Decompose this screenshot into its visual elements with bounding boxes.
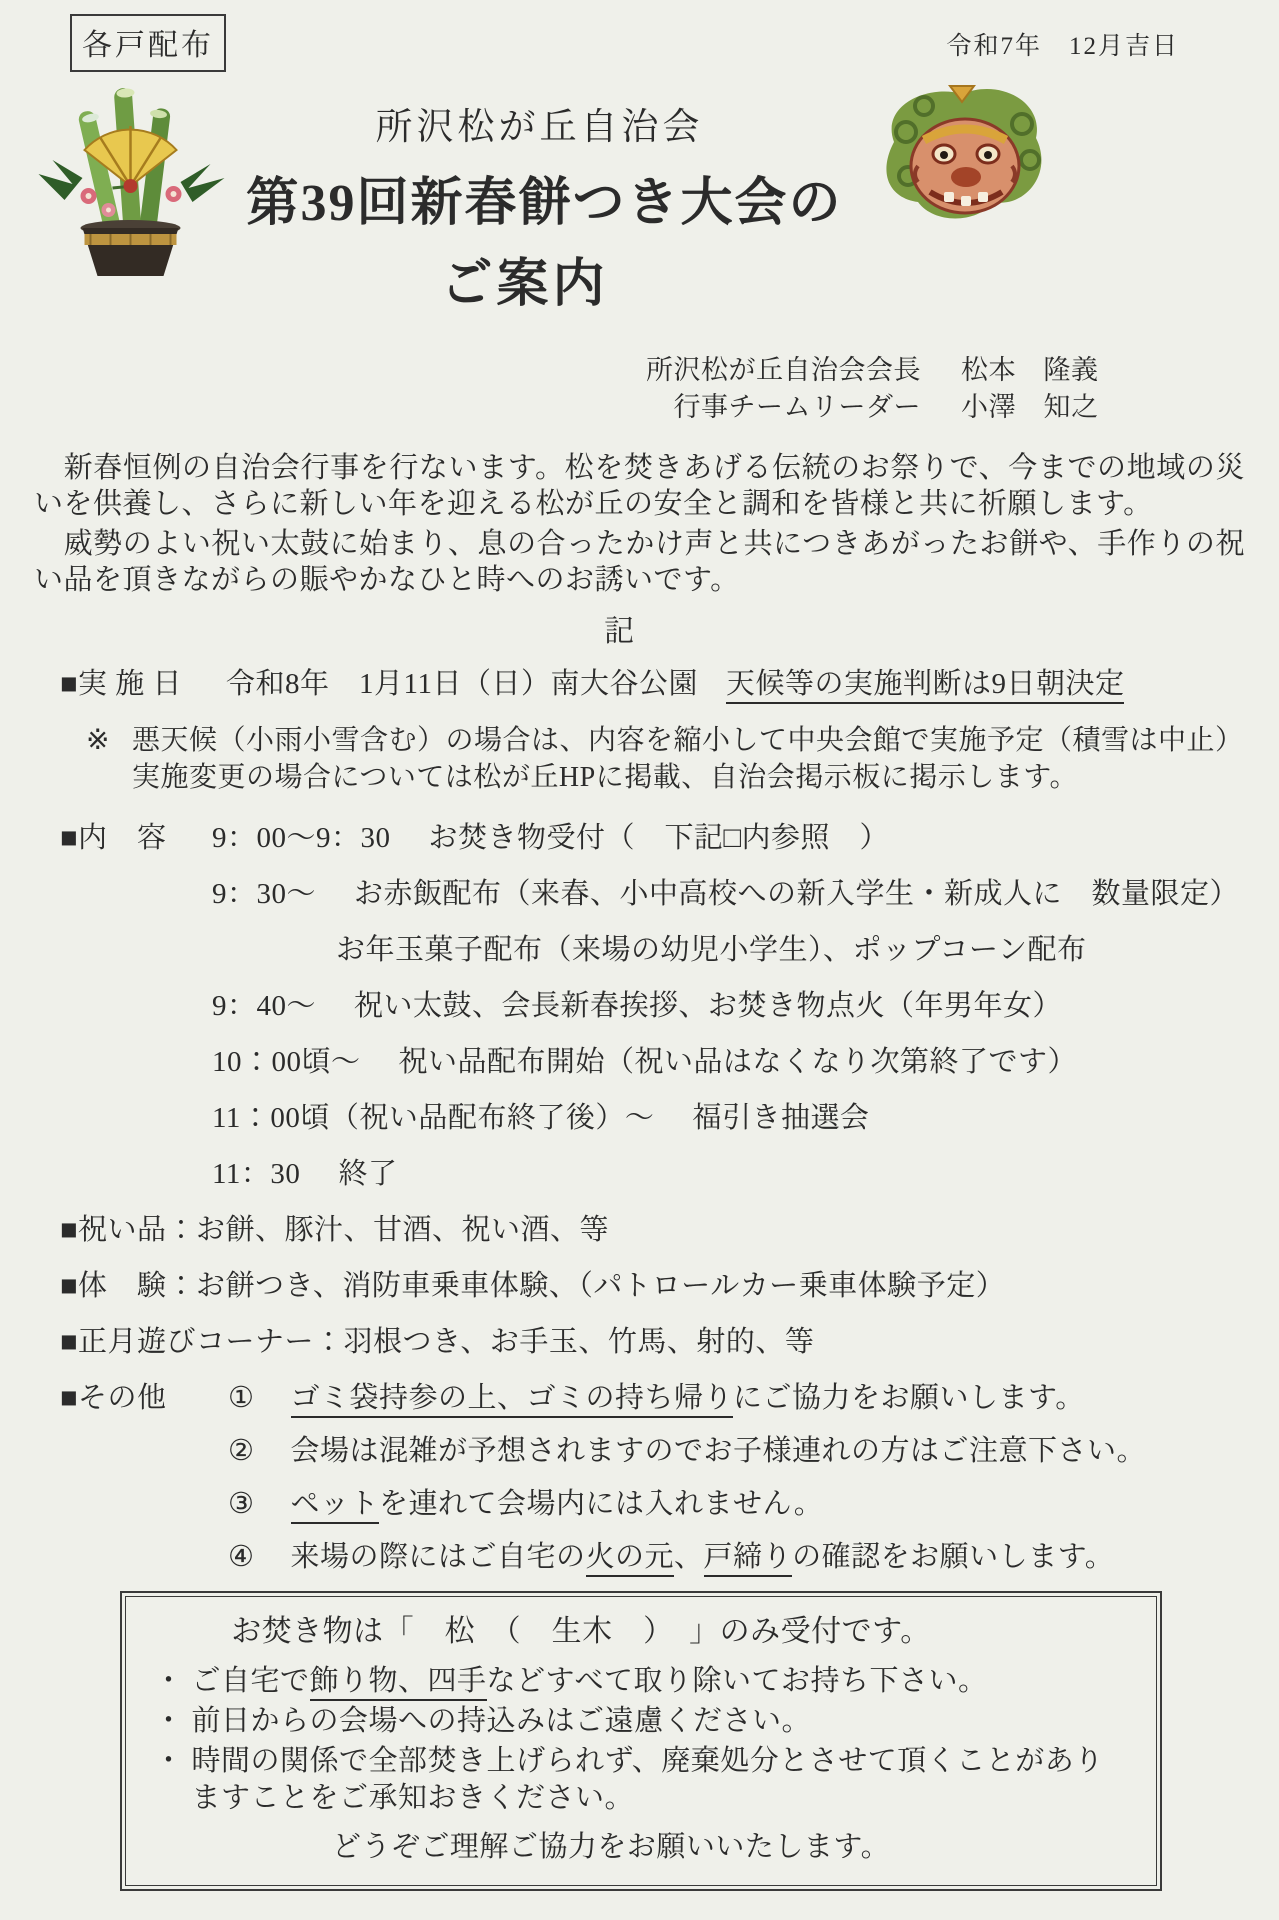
event-date-note-underlined: 天候等の実施判断は9日朝決定	[726, 668, 1125, 704]
kome-mark: ※	[86, 722, 110, 796]
flyer-page: 各戸配布 令和7年 12月吉日	[0, 0, 1279, 1920]
schedule-rows: 9：00～9：30 お焚き物受付（ 下記□内参照 ） 9：30～ お赤飯配布（来…	[212, 818, 1279, 1194]
official-line: 行事チームリーダー 小澤 知之	[646, 389, 1133, 426]
official-role: 行事チームリーダー	[674, 389, 922, 426]
schedule-time: 11：00頃（祝い品配布終了後）～	[212, 1098, 654, 1138]
notice-closing: どうぞご理解ご協力をお願いいたします。	[154, 1827, 1128, 1867]
others-section: ■その他 ① ゴミ袋持参の上、ゴミの持ち帰りにご協力をお願いします。 ② 会場は…	[0, 1378, 1279, 1577]
bullet-text: 前日からの会場への持込みはご遠慮ください。	[192, 1703, 812, 1740]
bullet-mark: ・	[154, 1663, 184, 1700]
item-text: ゴミ袋持参の上、ゴミの持ち帰りにご協力をお願いします。	[291, 1378, 1085, 1418]
schedule-text: お年玉菓子配布（来場の幼児小学生）、ポップコーン配布	[336, 930, 1086, 970]
schedule-row: お年玉菓子配布（来場の幼児小学生）、ポップコーン配布	[298, 930, 1279, 970]
event-date-text: 令和8年 1月11日（日）南大谷公園	[226, 668, 698, 700]
weather-note-line2: 実施変更の場合については松が丘HPに掲載、自治会掲示板に掲示します。	[132, 759, 1244, 796]
official-name: 小澤 知之	[961, 389, 1133, 426]
schedule-row: 9：30～ お赤飯配布（来春、小中高校への新入学生・新成人に 数量限定）	[212, 874, 1279, 914]
schedule-time: 11：30	[212, 1154, 300, 1194]
issue-date: 令和7年 12月吉日	[946, 26, 1179, 62]
schedule-label: ■内 容	[60, 818, 167, 858]
intro-block: 新春恒例の自治会行事を行ないます。松を焚きあげる伝統のお祭りで、今までの地域の災…	[0, 440, 1279, 598]
notice-bullet: ・ 時間の関係で全部焚き上げられず、廃棄処分とさせて頂くことがありますことをご承…	[154, 1743, 1128, 1817]
flyer-header: 各戸配布 令和7年 12月吉日	[0, 0, 1279, 440]
intro-paragraph: 新春恒例の自治会行事を行ないます。松を焚きあげる伝統のお祭りで、今までの地域の災…	[34, 450, 1245, 522]
schedule-time: 10：00頃～	[212, 1042, 361, 1082]
info-line-experience: ■体 験：お餅つき、消防車乗車体験、（パトロールカー乗車体験予定）	[60, 1266, 1279, 1306]
bullet-text: 時間の関係で全部焚き上げられず、廃棄処分とさせて頂くことがありますことをご承知お…	[192, 1743, 1128, 1817]
page-title: 第39回新春餅つき大会の	[0, 160, 1089, 235]
schedule-text: 福引き抽選会	[692, 1098, 869, 1138]
bullet-mark: ・	[154, 1703, 184, 1740]
other-item: ② 会場は混雑が予想されますのでお子様連れの方はご注意下さい。	[228, 1431, 1279, 1471]
other-item: ① ゴミ袋持参の上、ゴミの持ち帰りにご協力をお願いします。	[228, 1378, 1279, 1418]
info-text: お餅、豚汁、甘酒、祝い酒、等	[196, 1214, 609, 1246]
schedule-row: 9：00～9：30 お焚き物受付（ 下記□内参照 ）	[212, 818, 1279, 858]
title-block: 所沢松が丘自治会 第39回新春餅つき大会の ご案内	[0, 96, 1279, 316]
schedule-text: お赤飯配布（来春、小中高校への新入学生・新成人に 数量限定）	[354, 874, 1239, 914]
event-date-label: ■実 施 日	[60, 668, 182, 700]
weather-note-text: 悪天候（小雨小雪含む）の場合は、内容を縮小して中央会館で実施予定（積雪は中止） …	[132, 722, 1244, 796]
schedule-row: 10：00頃～ 祝い品配布開始（祝い品はなくなり次第終了です）	[212, 1042, 1279, 1082]
schedule-section: ■内 容 9：00～9：30 お焚き物受付（ 下記□内参照 ） 9：30～ お赤…	[0, 818, 1279, 1194]
event-date-line: ■実 施 日令和8年 1月11日（日）南大谷公園天候等の実施判断は9日朝決定	[60, 664, 1279, 704]
item-number: ④	[228, 1537, 255, 1577]
distribution-stamp: 各戸配布	[70, 14, 226, 72]
notice-bullet: ・ 前日からの会場への持込みはご遠慮ください。	[154, 1703, 1128, 1740]
ki-heading: 記	[0, 612, 1279, 652]
schedule-text: 祝い品配布開始（祝い品はなくなり次第終了です）	[399, 1042, 1078, 1082]
weather-note-line1: 悪天候（小雨小雪含む）の場合は、内容を縮小して中央会館で実施予定（積雪は中止）	[132, 722, 1244, 759]
item-number: ①	[228, 1378, 255, 1418]
info-line-gifts: ■祝い品：お餅、豚汁、甘酒、祝い酒、等	[60, 1210, 1279, 1250]
others-label: ■その他	[60, 1378, 167, 1418]
notice-bullet: ・ ご自宅で飾り物、四手などすべて取り除いてお持ち下さい。	[154, 1663, 1128, 1700]
other-items: ① ゴミ袋持参の上、ゴミの持ち帰りにご協力をお願いします。 ② 会場は混雑が予想…	[228, 1378, 1279, 1577]
schedule-time: 9：40～	[212, 986, 316, 1026]
other-item: ③ ペットを連れて会場内には入れません。	[228, 1484, 1279, 1524]
schedule-text: 祝い太鼓、会長新春挨拶、お焚き物点火（年男年女）	[354, 986, 1062, 1026]
official-line: 所沢松が丘自治会会長 松本 隆義	[646, 352, 1133, 389]
schedule-row: 9：40～ 祝い太鼓、会長新春挨拶、お焚き物点火（年男年女）	[212, 986, 1279, 1026]
info-text: お餅つき、消防車乗車体験、（パトロールカー乗車体験予定）	[196, 1270, 1005, 1302]
official-role: 所沢松が丘自治会会長	[646, 352, 921, 389]
official-name: 松本 隆義	[961, 352, 1133, 389]
schedule-row: 11：00頃（祝い品配布終了後）～ 福引き抽選会	[212, 1098, 1279, 1138]
notice-box-inner: お焚き物は「 松 （ 生木 ） 」のみ受付です。 ・ ご自宅で飾り物、四手などす…	[125, 1596, 1157, 1886]
item-text: 会場は混雑が予想されますのでお子様連れの方はご注意下さい。	[291, 1431, 1147, 1471]
organization-title: 所沢松が丘自治会	[0, 96, 1079, 150]
weather-note: ※ 悪天候（小雨小雪含む）の場合は、内容を縮小して中央会館で実施予定（積雪は中止…	[86, 722, 1279, 796]
item-number: ②	[228, 1431, 255, 1471]
bullet-mark: ・	[154, 1743, 184, 1817]
schedule-text: 終了	[338, 1154, 397, 1194]
info-line-games: ■正月遊びコーナー：羽根つき、お手玉、竹馬、射的、等	[60, 1322, 1279, 1362]
item-number: ③	[228, 1484, 255, 1524]
info-label: ■正月遊びコーナー：	[60, 1326, 344, 1358]
item-text: ペットを連れて会場内には入れません。	[291, 1484, 824, 1524]
schedule-text: お焚き物受付（ 下記□内参照 ）	[429, 818, 890, 858]
item-text: 来場の際にはご自宅の火の元、戸締りの確認をお願いします。	[291, 1537, 1115, 1577]
intro-paragraph: 威勢のよい祝い太鼓に始まり、息の合ったかけ声と共につきあがったお餅や、手作りの祝…	[34, 526, 1245, 598]
other-item: ④ 来場の際にはご自宅の火の元、戸締りの確認をお願いします。	[228, 1537, 1279, 1577]
bullet-text: ご自宅で飾り物、四手などすべて取り除いてお持ち下さい。	[192, 1663, 988, 1700]
info-label: ■祝い品：	[60, 1214, 196, 1246]
page-subtitle: ご案内	[0, 241, 1049, 316]
schedule-time: 9：30～	[212, 874, 316, 914]
info-label: ■体 験：	[60, 1270, 196, 1302]
notice-heading: お焚き物は「 松 （ 生木 ） 」のみ受付です。	[154, 1611, 1008, 1653]
info-lines: ■祝い品：お餅、豚汁、甘酒、祝い酒、等 ■体 験：お餅つき、消防車乗車体験、（パ…	[60, 1210, 1279, 1362]
schedule-time: 9：00～9：30	[212, 818, 391, 858]
notice-box: お焚き物は「 松 （ 生木 ） 」のみ受付です。 ・ ご自宅で飾り物、四手などす…	[120, 1591, 1162, 1891]
info-text: 羽根つき、お手玉、竹馬、射的、等	[344, 1326, 815, 1358]
officials-block: 所沢松が丘自治会会長 松本 隆義 行事チームリーダー 小澤 知之	[646, 352, 1133, 426]
schedule-row: 11：30 終了	[212, 1154, 1279, 1194]
